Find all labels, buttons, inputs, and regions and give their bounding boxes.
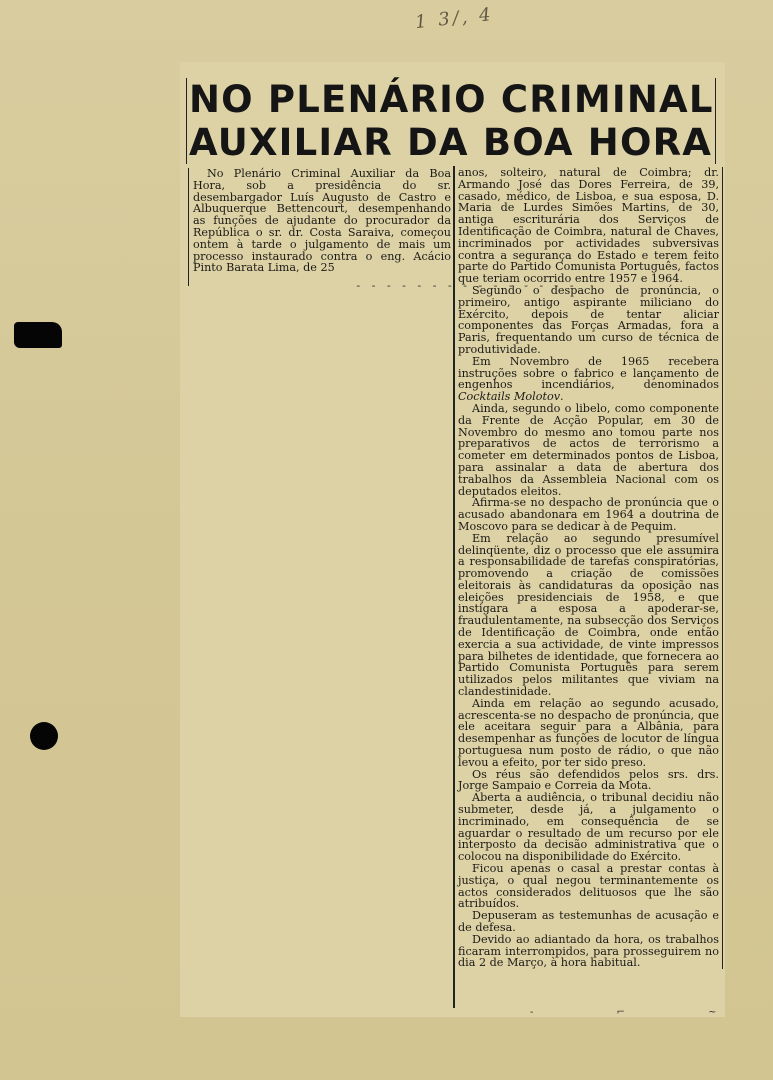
article-paragraph: Em relação ao segundo presumível delinqü…: [458, 533, 719, 698]
article-paragraph: Segundo o despacho de pronúncia, o prime…: [458, 285, 719, 356]
article-paragraph: Os réus são defendidos pelos srs. drs. J…: [458, 769, 719, 793]
binder-hole-dot: [30, 722, 58, 750]
article-paragraph: anos, solteiro, natural de Coimbra; dr. …: [458, 167, 719, 285]
binder-hole-mark: [14, 322, 62, 348]
article-paragraph: Em Novembro de 1965 recebera instruções …: [458, 356, 719, 403]
article-paragraph: Aberta a audiência, o tribunal decidiu n…: [458, 792, 719, 863]
article-paragraph: Afirma-se no despacho de pronúncia que o…: [458, 497, 719, 532]
article-headline: NO PLENÁRIO CRIMINAL AUXILIAR DA BOA HOR…: [186, 78, 716, 164]
article-left-column: No Plenário Criminal Auxiliar da Boa Hor…: [188, 168, 451, 286]
article-paragraph: Ainda em relação ao segundo acusado, acr…: [458, 698, 719, 769]
article-paragraph: Ficou apenas o casal a prestar contas à …: [458, 863, 719, 910]
headline-line-2: AUXILIAR DA BOA HORA: [189, 121, 715, 164]
headline-line-1: NO PLENÁRIO CRIMINAL: [189, 78, 715, 121]
article-right-column: anos, solteiro, natural de Coimbra; dr. …: [458, 167, 723, 969]
footer-print-marks: - ⌐ ~: [530, 1007, 757, 1018]
article-lead-paragraph: No Plenário Criminal Auxiliar da Boa Hor…: [193, 168, 451, 274]
article-paragraph: Depuseram as testemunhas de acusação e d…: [458, 910, 719, 934]
article-paragraph: Devido ao adiantado da hora, os trabalho…: [458, 934, 719, 969]
column-rule: [453, 166, 455, 1008]
article-paragraph: Ainda, segundo o libelo, como componente…: [458, 403, 719, 497]
